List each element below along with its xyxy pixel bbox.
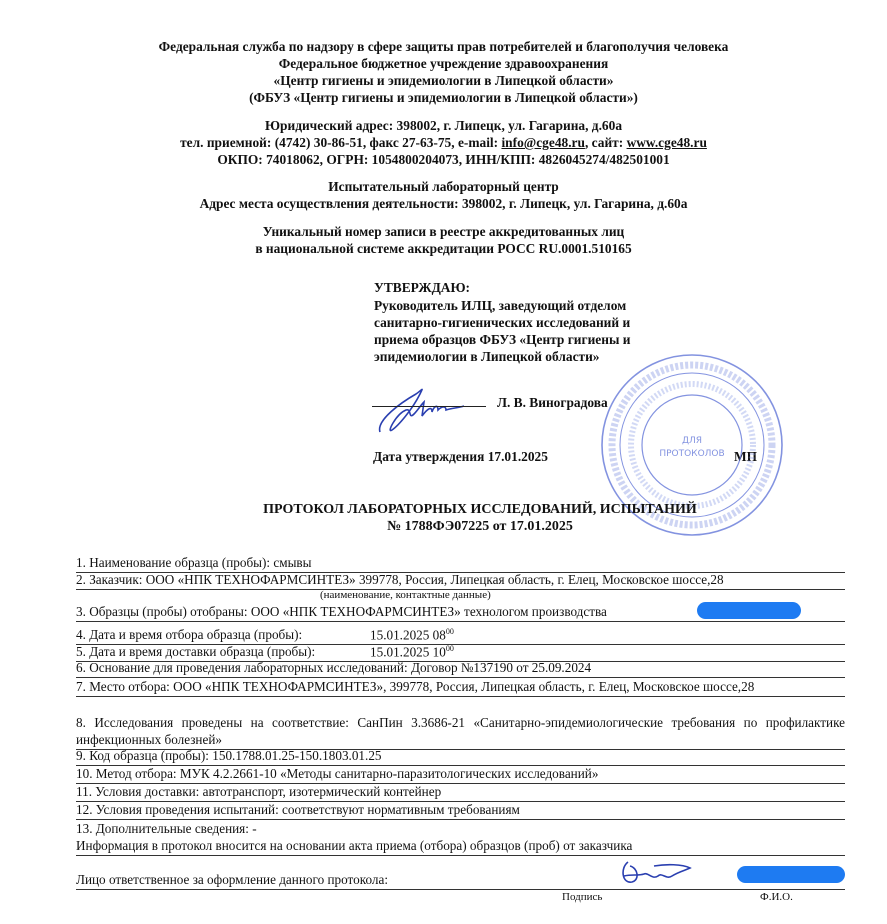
field-compliance: 8. Исследования проведены на соответстви… bbox=[76, 714, 845, 750]
agency-name: Федеральная служба по надзору в сфере за… bbox=[0, 38, 887, 55]
institution-name: «Центр гигиены и эпидемиологии в Липецко… bbox=[0, 72, 887, 89]
contact-line: тел. приемной: (4742) 30-86-51, факс 27-… bbox=[0, 134, 887, 151]
activity-address: Адрес места осуществления деятельности: … bbox=[0, 195, 887, 212]
approver-position-1: Руководитель ИЛЦ, заведующий отделом bbox=[374, 297, 674, 314]
approver-position-3: приема образцов ФБУЗ «Центр гигиены и bbox=[374, 331, 674, 348]
field-test-conditions: 12. Условия проведения испытаний: соотве… bbox=[76, 802, 845, 820]
customer-caption: (наименование, контактные данные) bbox=[320, 589, 491, 601]
legal-address: Юридический адрес: 398002, г. Липецк, ул… bbox=[0, 117, 887, 134]
institution-type: Федеральное бюджетное учреждение здравоо… bbox=[0, 55, 887, 72]
responsible-signature-icon bbox=[618, 858, 698, 890]
approval-heading: УТВЕРЖДАЮ: bbox=[374, 279, 674, 296]
registration-codes: ОКПО: 74018062, ОГРН: 1054800204073, ИНН… bbox=[0, 151, 887, 168]
lab-center-block: Испытательный лабораторный центр Адрес м… bbox=[0, 178, 887, 212]
approver-signature-icon bbox=[372, 380, 492, 440]
field-customer: 2. Заказчик: ООО «НПК ТЕХНОФАРМСИНТЕЗ» 3… bbox=[76, 572, 845, 590]
approval-date: Дата утверждения 17.01.2025 bbox=[373, 449, 548, 465]
contacts-block: Юридический адрес: 398002, г. Липецк, ул… bbox=[0, 117, 887, 168]
lab-center-title: Испытательный лабораторный центр bbox=[0, 178, 887, 195]
approver-signature-line bbox=[372, 406, 486, 407]
institution-short-name: (ФБУЗ «Центр гигиены и эпидемиологии в Л… bbox=[0, 89, 887, 106]
field-basis: 6. Основание для проведения лабораторных… bbox=[76, 660, 845, 678]
accreditation-block: Уникальный номер записи в реестре аккред… bbox=[0, 223, 887, 257]
registry-line-1: Уникальный номер записи в реестре аккред… bbox=[0, 223, 887, 240]
field-sampling-place: 7. Место отбора: ООО «НПК ТЕХНОФАРМСИНТЕ… bbox=[76, 678, 845, 697]
website-link[interactable]: www.cge48.ru bbox=[627, 135, 707, 150]
protocol-number: № 1788ФЭ07225 от 17.01.2025 bbox=[180, 518, 780, 535]
responsible-person-line: Лицо ответственное за оформление данного… bbox=[76, 872, 845, 890]
redacted-name-block bbox=[737, 866, 845, 883]
signature-caption: Подпись bbox=[562, 891, 602, 903]
svg-text:ПРОТОКОЛОВ: ПРОТОКОЛОВ bbox=[659, 449, 724, 459]
redacted-name-block bbox=[697, 602, 801, 619]
field-sample-code: 9. Код образца (пробы): 150.1788.01.25-1… bbox=[76, 748, 845, 766]
field-delivery-conditions: 11. Условия доставки: автотранспорт, изо… bbox=[76, 784, 845, 802]
field-sampling-method: 10. Метод отбора: МУК 4.2.2661-10 «Метод… bbox=[76, 766, 845, 784]
registry-line-2: в национальной системе аккредитации РОСС… bbox=[0, 240, 887, 257]
field-additional-info: 13. Дополнительные сведения: - Информаци… bbox=[76, 820, 845, 856]
name-caption: Ф.И.О. bbox=[760, 891, 793, 903]
approver-position-2: санитарно-гигиенических исследований и bbox=[374, 314, 674, 331]
svg-text:ДЛЯ: ДЛЯ bbox=[682, 436, 702, 446]
org-header: Федеральная служба по надзору в сфере за… bbox=[0, 38, 887, 106]
email-link[interactable]: info@cge48.ru bbox=[501, 135, 585, 150]
protocol-title: ПРОТОКОЛ ЛАБОРАТОРНЫХ ИССЛЕДОВАНИЙ, ИСПЫ… bbox=[180, 501, 780, 518]
field-sample-name: 1. Наименование образца (пробы): смывы bbox=[76, 555, 845, 573]
approver-name: Л. В. Виноградова bbox=[497, 395, 608, 411]
